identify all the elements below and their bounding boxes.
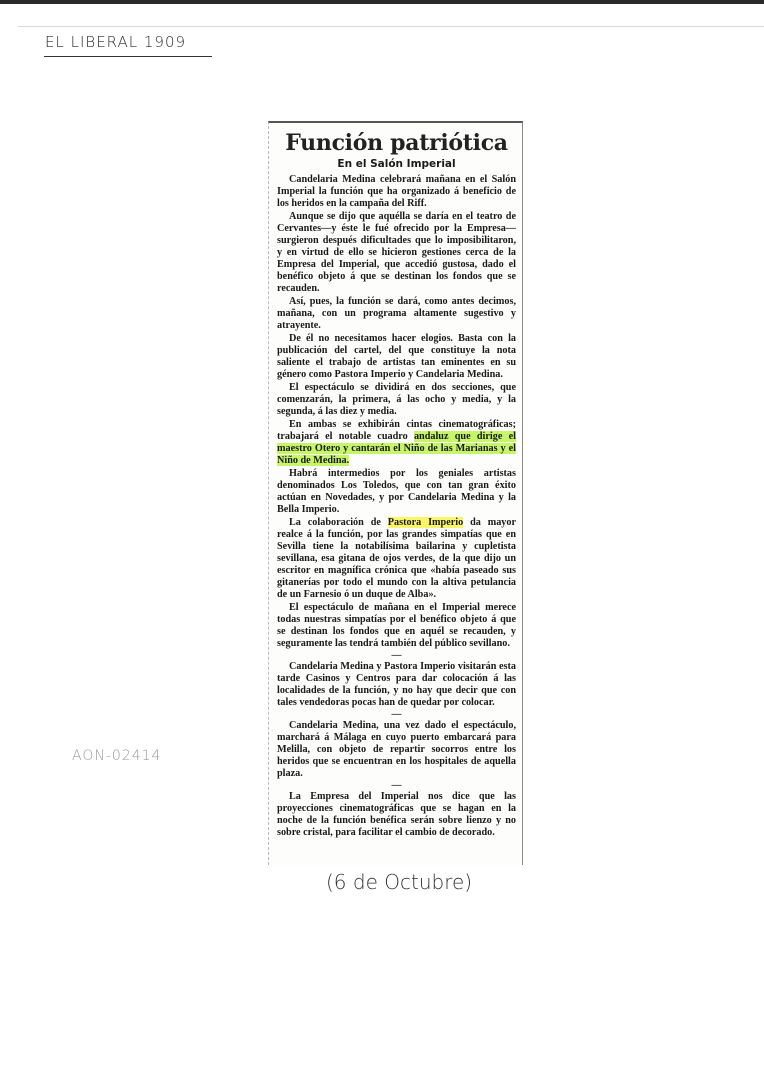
article-paragraph: De él no necesitamos hacer elogios. Bast… [277, 333, 516, 381]
handwritten-date-note: (6 de Octubre) [326, 870, 472, 894]
news-note: Candelaria Medina, una vez dado el espec… [277, 720, 516, 780]
page-fold-line [18, 26, 764, 27]
news-note: Candelaria Medina y Pastora Imperio visi… [277, 661, 516, 709]
article-paragraph-pastora: La colaboración de Pastora Imperio da ma… [277, 517, 516, 601]
article-paragraph: Candelaria Medina celebrará mañana en el… [277, 174, 516, 210]
article-headline: Función patriótica [277, 130, 516, 156]
archive-reference-code: AON-02414 [72, 748, 161, 764]
handwritten-source-note: EL LIBERAL 1909 [45, 33, 186, 51]
newspaper-clipping: Función patriótica En el Salón Imperial … [268, 121, 523, 865]
paragraph-text: La colaboración de [289, 517, 388, 528]
yellow-highlight: Pastora Imperio [388, 517, 463, 528]
paragraph-text: da mayor realce á la función, por las gr… [277, 517, 516, 600]
handwritten-underline [44, 56, 212, 57]
separator-dash: — [277, 781, 516, 790]
article-paragraph: El espectáculo de mañana en el Imperial … [277, 602, 516, 650]
article-subheadline: En el Salón Imperial [277, 158, 516, 170]
article-paragraph: Habrá intermedios por los geniales artis… [277, 468, 516, 516]
separator-dash: — [277, 710, 516, 719]
article-paragraph-cinema: En ambas se exhibirán cintas cinematográ… [277, 419, 516, 467]
article-paragraph: El espectáculo se dividirá en dos seccio… [277, 382, 516, 418]
separator-dash: — [277, 651, 516, 660]
article-paragraph: Aunque se dijo que aquélla se daría en e… [277, 211, 516, 295]
scan-edge [0, 0, 764, 4]
article-paragraph: Así, pues, la función se dará, como ante… [277, 296, 516, 332]
news-note: La Empresa del Imperial nos dice que las… [277, 791, 516, 839]
